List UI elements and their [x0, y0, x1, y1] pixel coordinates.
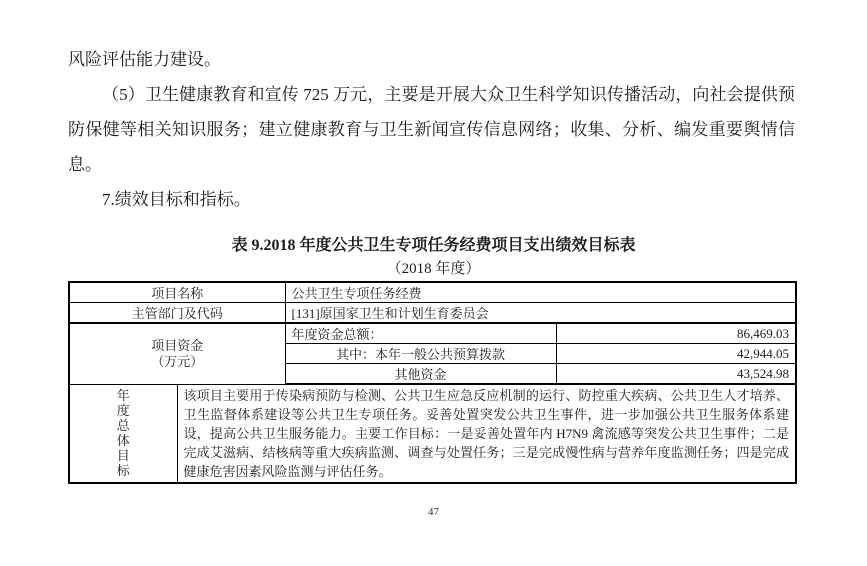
funds-other-value: 43,524.98 [556, 364, 796, 385]
paragraph-item7: 7.绩效目标和指标。 [68, 182, 795, 217]
page-number: 47 [0, 506, 867, 518]
row-annual-goal: 年 度 总 体 目 标 该项目主要用于传染病预防与检测、公共卫生应急反应机制的运… [69, 384, 796, 483]
row-department: 主管部门及代码 [131]原国家卫生和计划生育委员会 [69, 303, 796, 324]
paragraph-item5: （5）卫生健康教育和宣传 725 万元，主要是开展大众卫生科学知识传播活动，向社… [68, 77, 795, 182]
table-subtitle: （2018 年度） [0, 259, 867, 279]
paragraph-continuation: 风险评估能力建设。 [68, 42, 795, 77]
annual-goal-label: 年 度 总 体 目 标 [69, 384, 177, 483]
body-text-block: 风险评估能力建设。 （5）卫生健康教育和宣传 725 万元，主要是开展大众卫生科… [68, 42, 795, 217]
department-value: [131]原国家卫生和计划生育委员会 [285, 303, 796, 324]
row-project-name: 项目名称 公共卫生专项任务经费 [69, 282, 796, 303]
funds-budget-label: 其中：本年一般公共预算拨款 [285, 344, 556, 364]
project-name-label: 项目名称 [69, 282, 285, 303]
row-funds-total: 项目资金 （万元） 年度资金总额： 86,469.03 [69, 323, 796, 344]
performance-target-table: 项目名称 公共卫生专项任务经费 主管部门及代码 [131]原国家卫生和计划生育委… [68, 281, 797, 484]
funds-total-value: 86,469.03 [556, 323, 796, 344]
funds-total-label: 年度资金总额： [285, 323, 556, 344]
funds-other-label: 其他资金 [285, 364, 556, 385]
project-name-value: 公共卫生专项任务经费 [285, 282, 796, 303]
table-title: 表 9.2018 年度公共卫生专项任务经费项目支出绩效目标表 [0, 235, 867, 257]
annual-goal-text: 该项目主要用于传染病预防与检测、公共卫生应急反应机制的运行、防控重大疾病、公共卫… [177, 384, 796, 483]
department-label: 主管部门及代码 [69, 303, 285, 324]
funds-budget-value: 42,944.05 [556, 344, 796, 364]
funds-label: 项目资金 （万元） [69, 323, 285, 384]
document-page: 风险评估能力建设。 （5）卫生健康教育和宣传 725 万元，主要是开展大众卫生科… [0, 0, 867, 566]
